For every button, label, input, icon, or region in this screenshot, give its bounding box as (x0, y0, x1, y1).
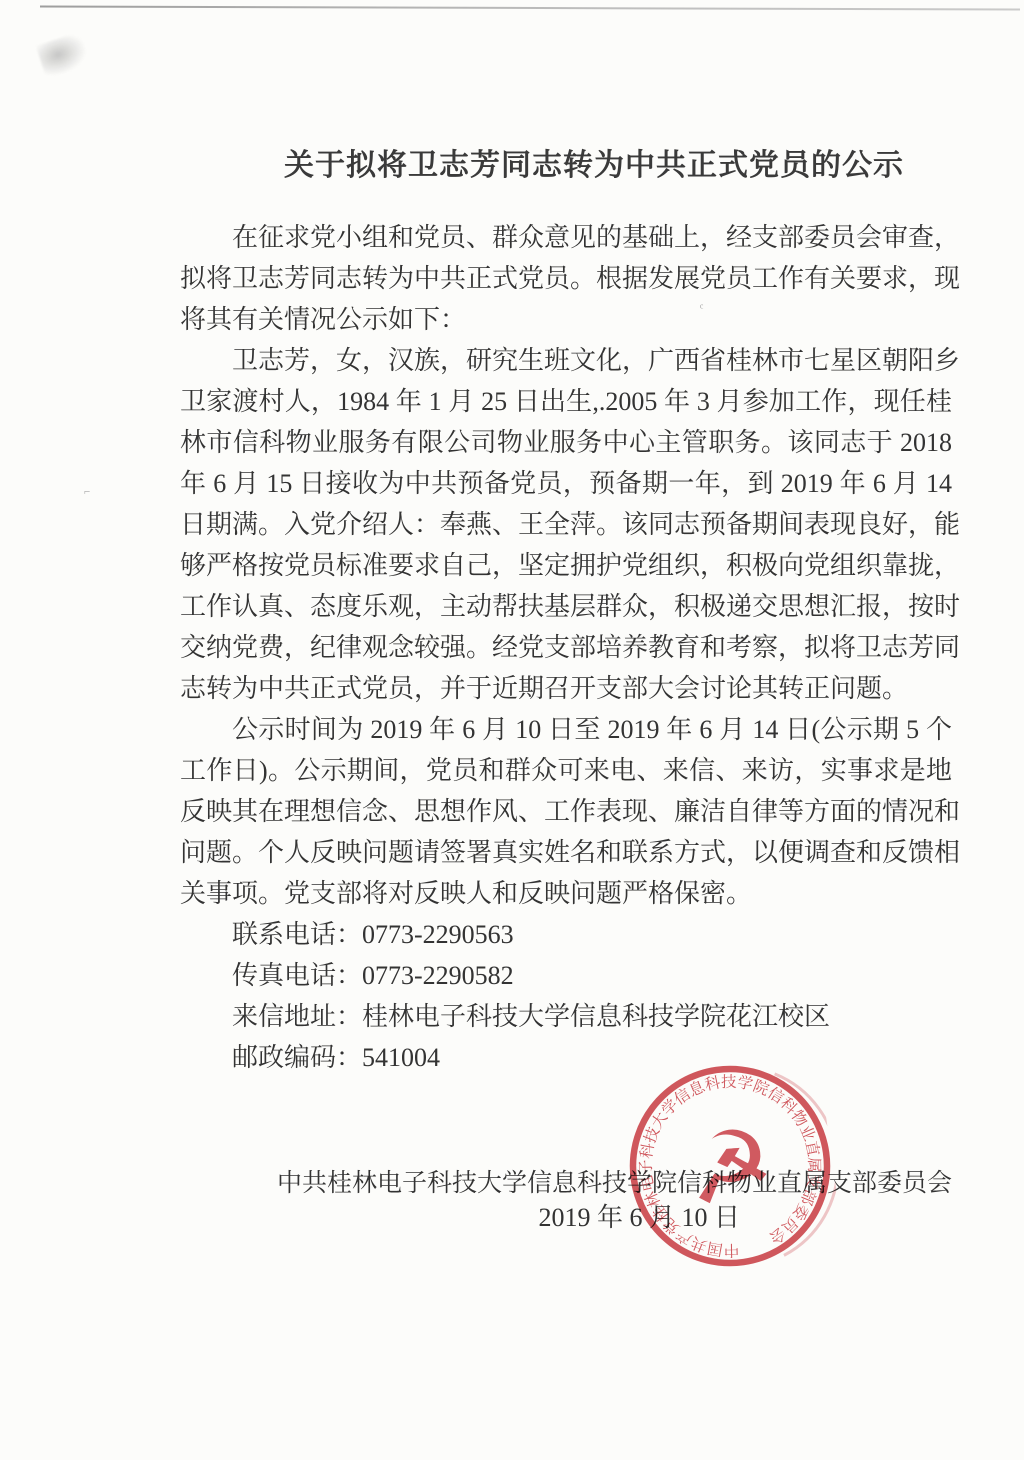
body-line: 问题。个人反映问题请签署真实姓名和联系方式，以便调查和反馈相 (180, 832, 952, 873)
document-body: 在征求党小组和党员、群众意见的基础上，经支部委员会审查， 拟将卫志芳同志转为中共… (180, 217, 952, 1078)
signature-date: 2019 年 6 月 10 日 (180, 1201, 952, 1235)
body-line: 够严格按党员标准要求自己，坚定拥护党组织，积极向党组织靠拢， (180, 545, 952, 586)
body-line: 在征求党小组和党员、群众意见的基础上，经支部委员会审查， (180, 217, 952, 258)
body-line: 交纳党费，纪律观念较强。经党支部培养教育和考察，拟将卫志芳同 (180, 627, 952, 668)
body-line: 将其有关情况公示如下： (180, 299, 952, 340)
body-line: 工作日)。公示期间，党员和群众可来电、来信、来访，实事求是地 (180, 750, 952, 791)
body-line: 卫家渡村人，1984 年 1 月 25 日出生,.2005 年 3 月参加工作，… (180, 381, 952, 422)
body-line: 传真电话：0773-2290582 (180, 955, 952, 996)
body-line: 志转为中共正式党员，并于近期召开支部大会讨论其转正问题。 (180, 668, 952, 709)
body-line: 关事项。党支部将对反映人和反映问题严格保密。 (180, 873, 952, 914)
body-line: 公示时间为 2019 年 6 月 10 日至 2019 年 6 月 14 日(公… (180, 709, 952, 750)
body-line: 来信地址：桂林电子科技大学信息科技学院花江校区 (180, 996, 952, 1037)
body-line: 年 6 月 15 日接收为中共预备党员，预备期一年，到 2019 年 6 月 1… (180, 463, 952, 504)
body-line: 林市信科物业服务有限公司物业服务中心主管职务。该同志于 2018 (180, 422, 952, 463)
scan-smudge (36, 32, 90, 79)
scan-speck: ⌐ (84, 486, 90, 498)
body-line: 拟将卫志芳同志转为中共正式党员。根据发展党员工作有关要求，现 (180, 258, 952, 299)
body-line: 卫志芳，女，汉族，研究生班文化，广西省桂林市七星区朝阳乡 (180, 340, 952, 381)
scanned-document-page: ᶜ ⌐ · 关于拟将卫志芳同志转为中共正式党员的公示 在征求党小组和党员、群众意… (0, 0, 1024, 1460)
signature-organization: 中共桂林电子科技大学信息科技学院信科物业直属支部委员会 (180, 1167, 952, 1201)
body-line: 工作认真、态度乐观，主动帮扶基层群众，积极递交思想汇报，按时 (180, 586, 952, 627)
body-line: 日期满。入党介绍人：奉燕、王全萍。该同志预备期间表现良好，能 (180, 504, 952, 545)
document-title: 关于拟将卫志芳同志转为中共正式党员的公示 (208, 146, 980, 186)
document-content: 关于拟将卫志芳同志转为中共正式党员的公示 在征求党小组和党员、群众意见的基础上，… (180, 0, 952, 1235)
body-line: 联系电话：0773-2290563 (180, 914, 952, 955)
body-line: 邮政编码：541004 (180, 1037, 952, 1078)
body-line: 反映其在理想信念、思想作风、工作表现、廉洁自律等方面的情况和 (180, 791, 952, 832)
signature-block: 中共桂林电子科技大学信息科技学院信科物业直属支部委员会 2019 年 6 月 1… (180, 1167, 952, 1235)
